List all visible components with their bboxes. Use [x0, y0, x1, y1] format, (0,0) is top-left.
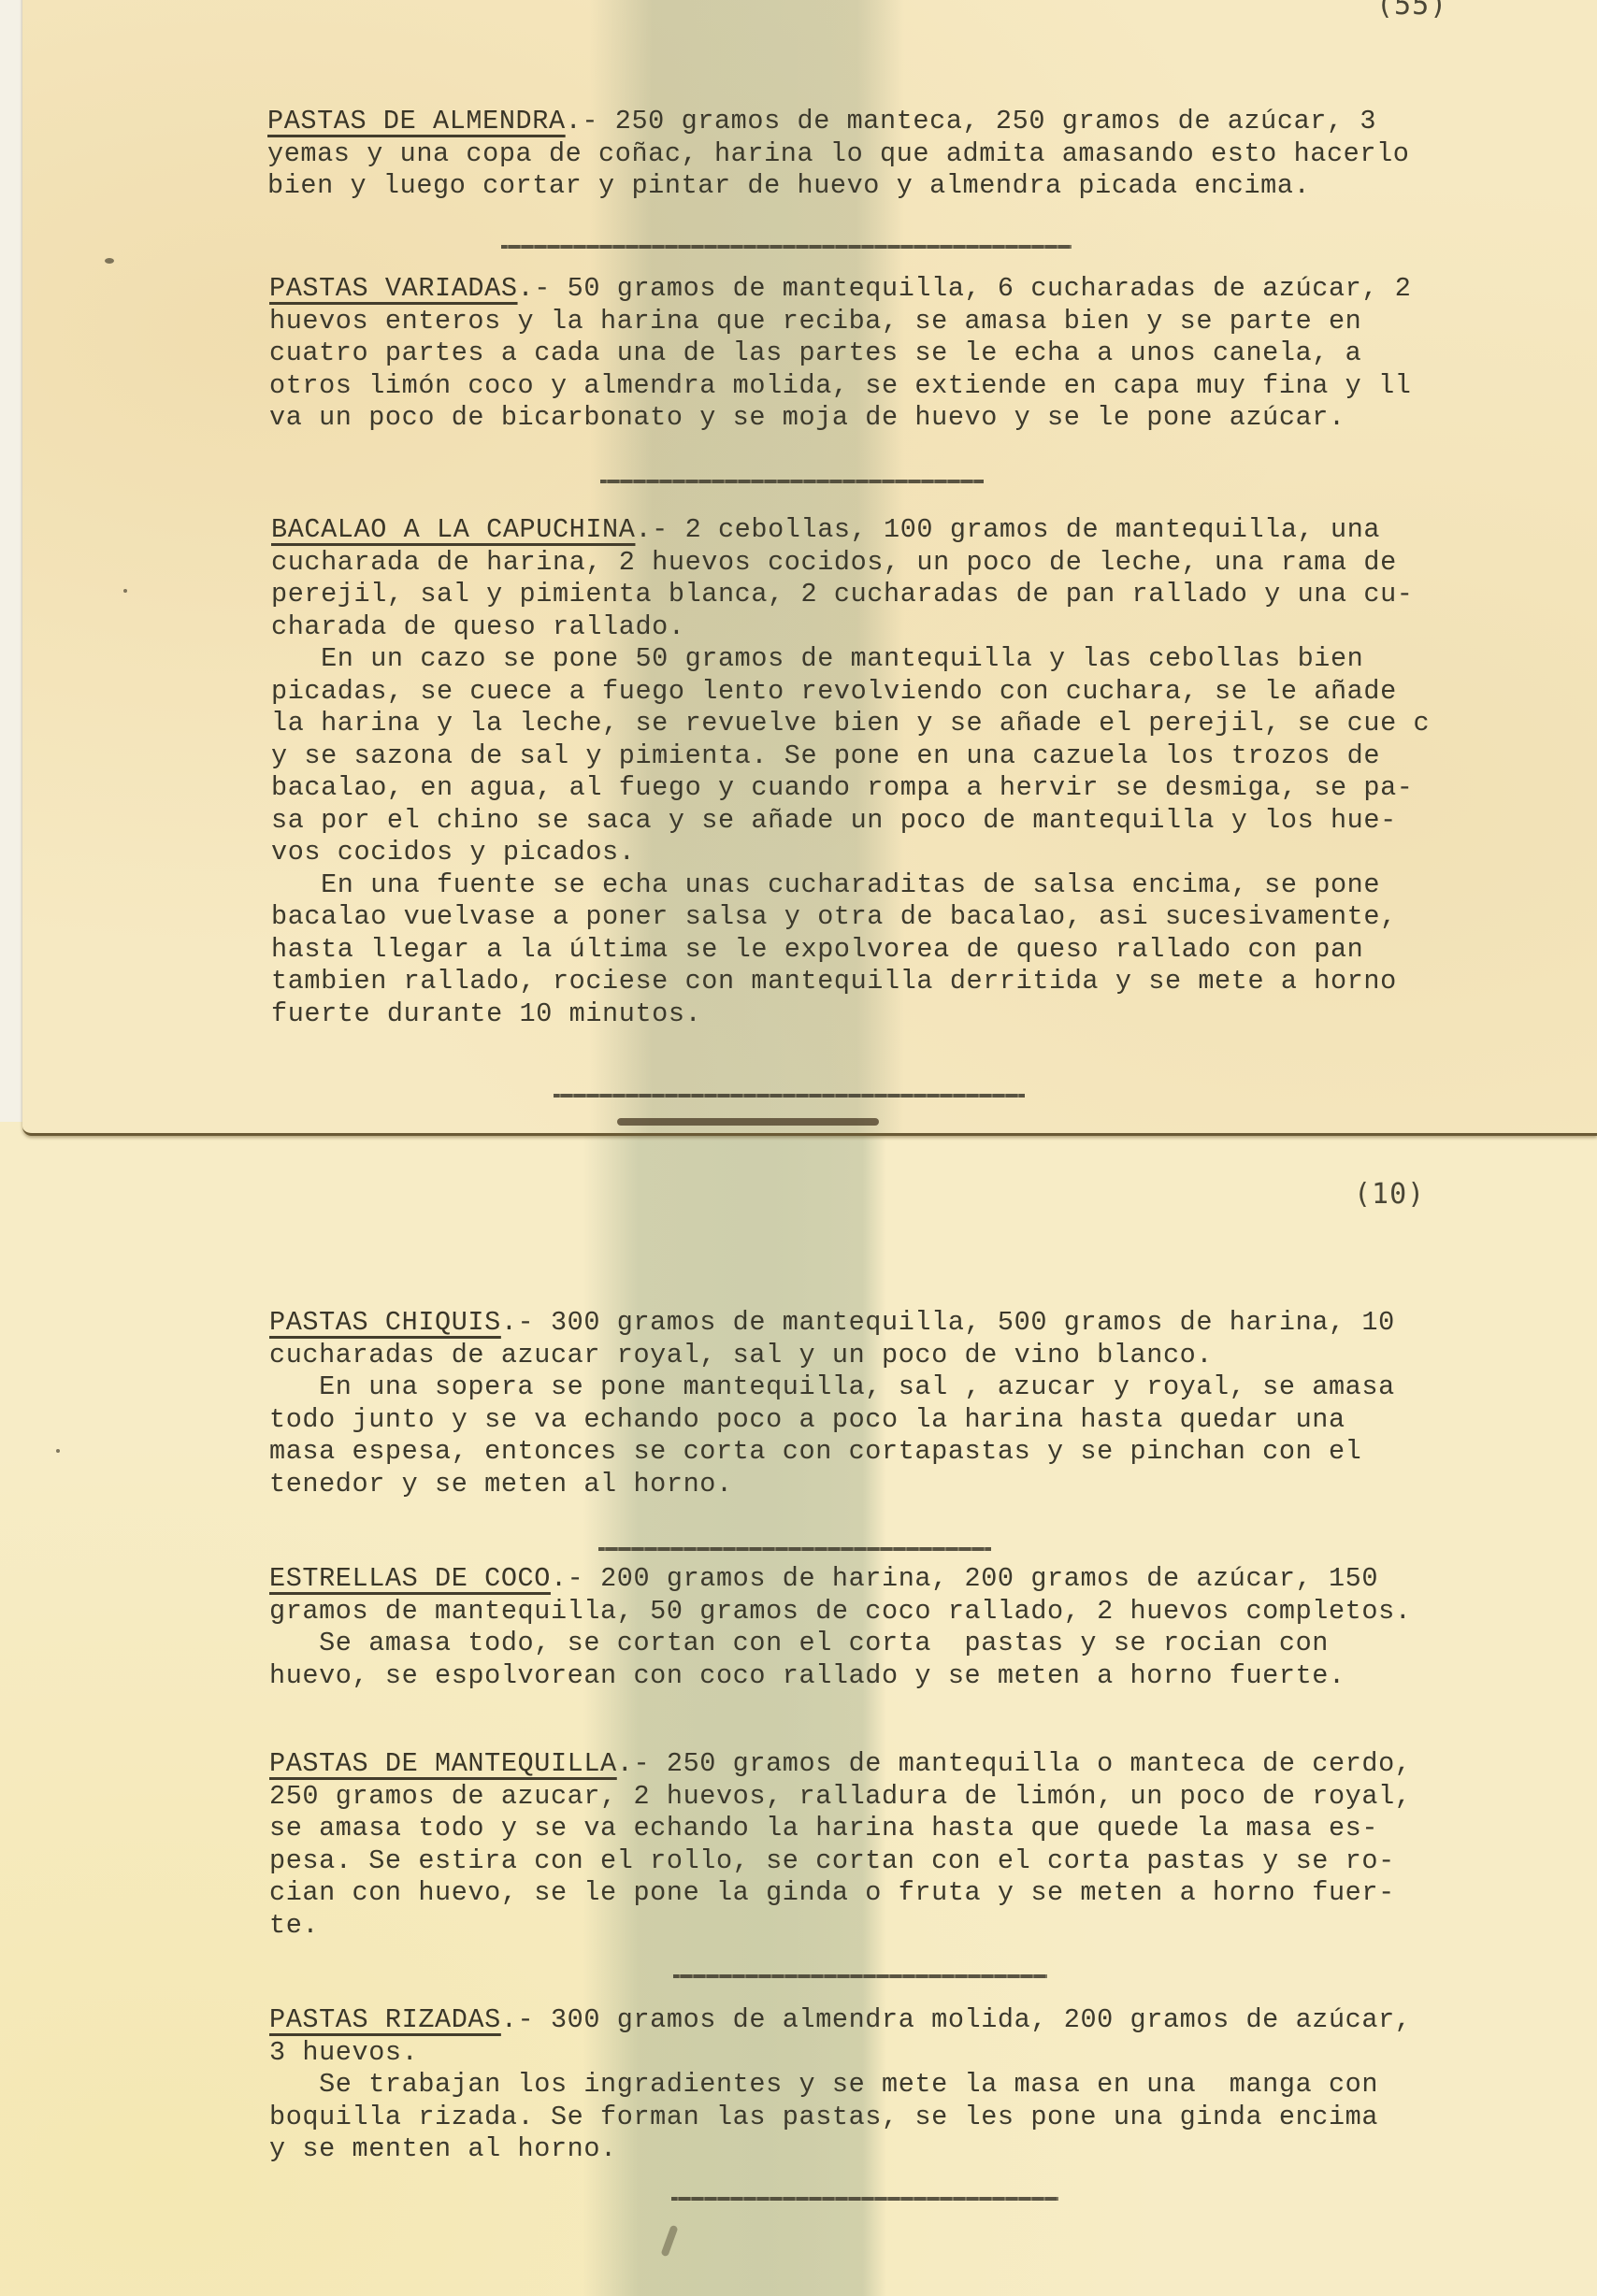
recipe-separator: .- [518, 273, 568, 304]
recipe-sheet-page-55: (55) PASTAS DE ALMENDRA.- 250 gramos de … [22, 0, 1597, 1136]
recipe-separator: .- [501, 1307, 551, 1338]
section-divider [600, 480, 984, 483]
recipe-separator: .- [617, 1748, 667, 1779]
recipe-title: PASTAS DE ALMENDRA [267, 106, 566, 136]
recipe-separator: .- [501, 2004, 551, 2035]
ink-mark [660, 2225, 678, 2258]
paper-fold-stain [617, 1118, 879, 1126]
paper-speck [56, 1449, 60, 1453]
section-divider [598, 1547, 991, 1551]
recipe-title: ESTRELLAS DE COCO [269, 1563, 551, 1594]
section-divider [554, 1094, 1025, 1098]
recipe-title: PASTAS VARIADAS [269, 273, 518, 304]
recipe-pastas-de-almendra: PASTAS DE ALMENDRA.- 250 gramos de mante… [267, 106, 1595, 203]
section-divider [501, 245, 1072, 249]
recipe-separator: .- [566, 106, 615, 136]
section-divider [671, 2197, 1058, 2201]
recipe-body: 2 cebollas, 100 gramos de mantequilla, u… [271, 514, 1430, 1029]
paper-speck [123, 589, 127, 593]
recipe-pastas-variadas: PASTAS VARIADAS.- 50 gramos de mantequil… [269, 273, 1597, 435]
recipe-separator: .- [551, 1563, 600, 1594]
recipe-pastas-rizadas: PASTAS RIZADAS.- 300 gramos de almendra … [269, 2004, 1597, 2166]
recipe-bacalao-a-la-capuchina: BACALAO A LA CAPUCHINA.- 2 cebollas, 100… [271, 514, 1597, 1030]
page-number: (55) [1376, 0, 1447, 22]
paper-speck [105, 258, 114, 264]
recipe-sheet-page-10: (10) PASTAS CHIQUIS.- 300 gramos de mant… [0, 1122, 1597, 2296]
page-number: (10) [1354, 1178, 1425, 1211]
recipe-title: PASTAS DE MANTEQUILLA [269, 1748, 617, 1779]
recipe-title: PASTAS RIZADAS [269, 2004, 501, 2035]
recipe-estrellas-de-coco: ESTRELLAS DE COCO.- 200 gramos de harina… [269, 1563, 1597, 1692]
recipe-separator: .- [635, 514, 684, 545]
recipe-title: PASTAS CHIQUIS [269, 1307, 501, 1338]
recipe-title: BACALAO A LA CAPUCHINA [271, 514, 635, 545]
section-divider [673, 1974, 1047, 1978]
recipe-pastas-chiquis: PASTAS CHIQUIS.- 300 gramos de mantequil… [269, 1307, 1597, 1500]
recipe-pastas-de-mantequilla: PASTAS DE MANTEQUILLA.- 250 gramos de ma… [269, 1748, 1597, 1942]
